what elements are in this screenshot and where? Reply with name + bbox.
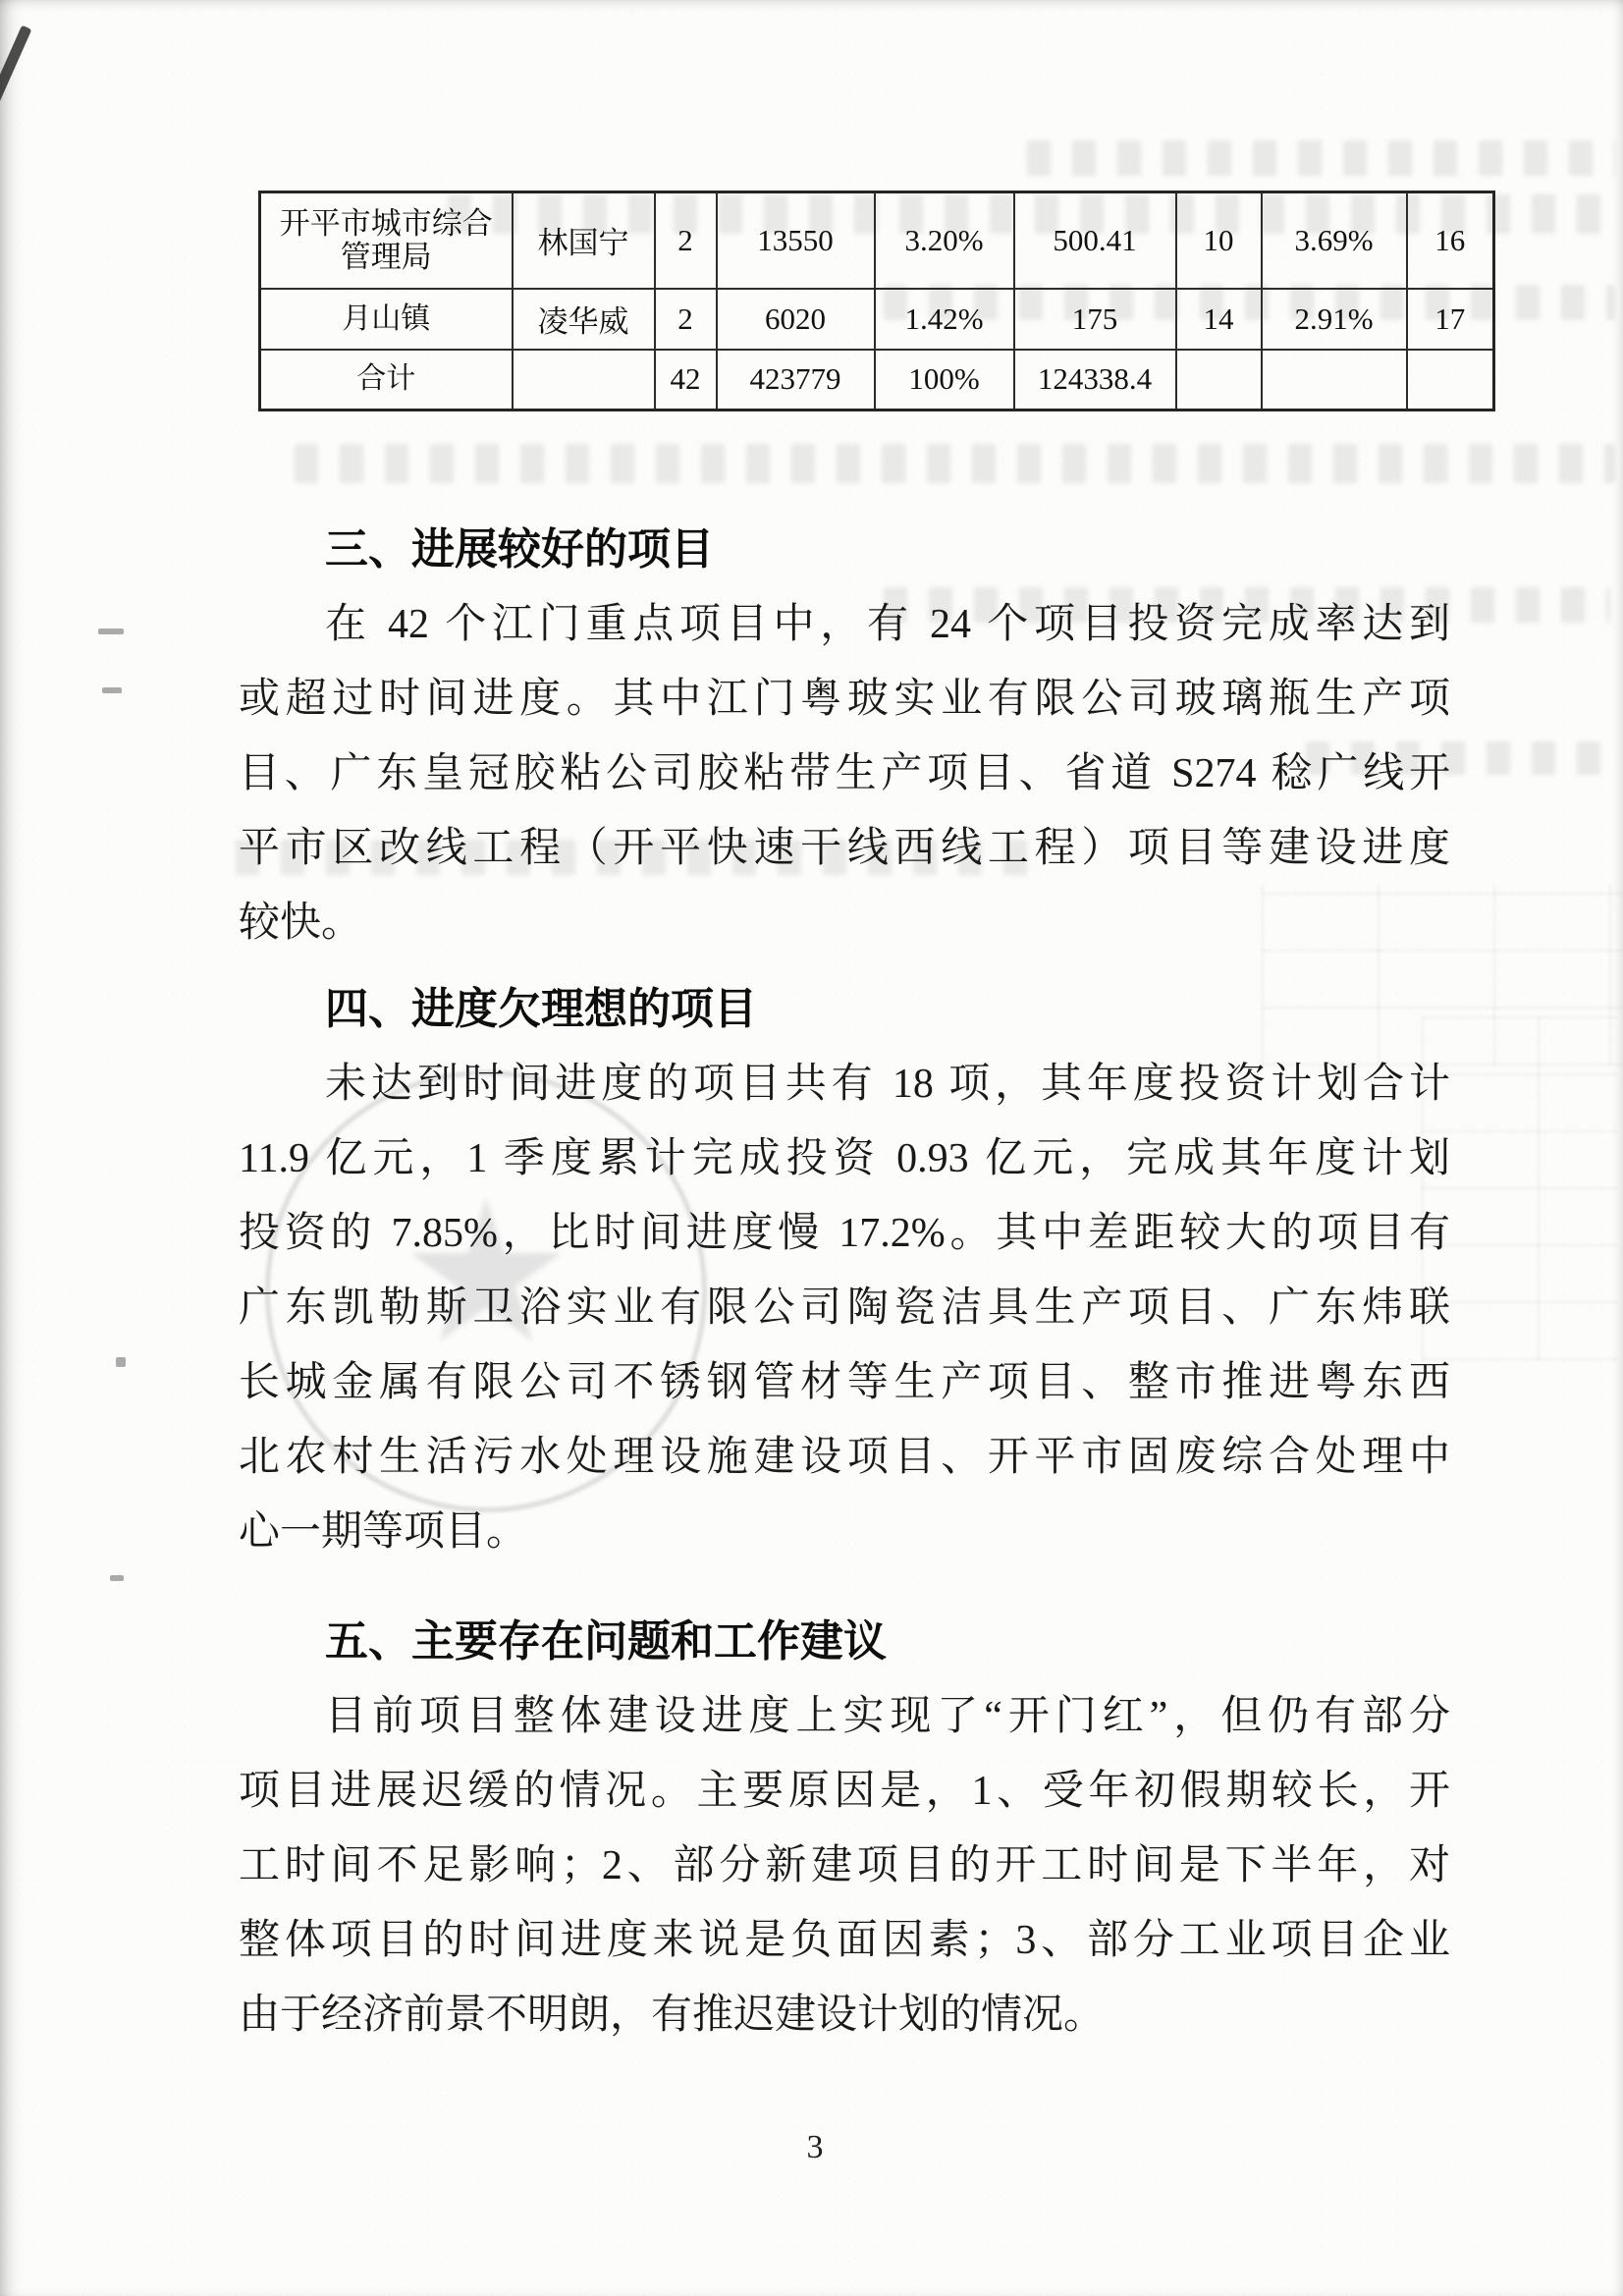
body-text-line: 投资的 7.85%，比时间进度慢 17.2%。其中差距较大的项目有 — [239, 1196, 1450, 1271]
table-cell: 6020 — [717, 289, 875, 350]
table-cell: 2 — [655, 192, 717, 289]
body-text-line: 广东凯勒斯卫浴实业有限公司陶瓷洁具生产项目、广东炜联 — [239, 1271, 1450, 1345]
table-cell: 423779 — [717, 350, 875, 410]
section-heading-three: 三、进展较好的项目 — [239, 513, 1450, 587]
table-cell: 42 — [655, 350, 717, 410]
table-cell: 1.42% — [875, 289, 1014, 350]
table-cell — [513, 350, 655, 410]
table-cell: 2 — [655, 289, 717, 350]
body-text-line: 未达到时间进度的项目共有 18 项，其年度投资计划合计 — [239, 1047, 1450, 1121]
table-cell-unit: 开平市城市综合管理局 — [260, 192, 513, 289]
body-text-line: 整体项目的时间进度来说是负面因素；3、部分工业项目企业 — [239, 1903, 1450, 1978]
table-cell: 13550 — [717, 192, 875, 289]
table-cell — [1176, 350, 1262, 410]
body-text-line: 北农村生活污水处理设施建设项目、开平市固废综合处理中 — [239, 1420, 1450, 1495]
table-cell — [1262, 350, 1407, 410]
table-cell: 124338.4 — [1014, 350, 1176, 410]
body-text-line: 由于经济前景不明朗，有推迟建设计划的情况。 — [239, 1978, 1450, 2052]
body-text-line: 较快。 — [239, 886, 1450, 960]
body-text-line: 或超过时间进度。其中江门粤玻实业有限公司玻璃瓶生产项 — [239, 662, 1450, 737]
table-cell: 3.20% — [875, 192, 1014, 289]
table-cell: 10 — [1176, 192, 1262, 289]
table-cell-unit: 月山镇 — [260, 289, 513, 350]
bleedthrough-artifact — [295, 444, 1615, 483]
body-text-line: 在 42 个江门重点项目中，有 24 个项目投资完成率达到 — [239, 587, 1450, 662]
body-text-line: 长城金属有限公司不锈钢管材等生产项目、整市推进粤东西 — [239, 1345, 1450, 1420]
table-cell: 17 — [1407, 289, 1494, 350]
table-cell: 175 — [1014, 289, 1176, 350]
page-number: 3 — [746, 2129, 884, 2166]
body-text-line: 项目进展迟缓的情况。主要原因是，1、受年初假期较长，开 — [239, 1754, 1450, 1829]
table-cell-person: 凌华威 — [513, 289, 655, 350]
table-cell: 14 — [1176, 289, 1262, 350]
body-text-line: 目、广东皇冠胶粘公司胶粘带生产项目、省道 S274 稔广线开 — [239, 737, 1450, 811]
bleedthrough-table-grid — [1422, 1016, 1618, 1360]
body-text-line: 心一期等项目。 — [239, 1495, 1450, 1569]
bleedthrough-artifact — [1027, 140, 1616, 176]
scan-speck — [98, 629, 124, 634]
section-heading-four: 四、进度欠理想的项目 — [239, 972, 1450, 1047]
body-text-line: 工时间不足影响；2、部分新建项目的开工时间是下半年，对 — [239, 1829, 1450, 1903]
section-heading-five: 五、主要存在问题和工作建议 — [239, 1605, 1450, 1679]
table-cell-total-label: 合计 — [260, 350, 513, 410]
table-cell: 2.91% — [1262, 289, 1407, 350]
scan-speck — [110, 1575, 124, 1581]
project-progress-table: 开平市城市综合管理局 林国宁 2 13550 3.20% 500.41 10 3… — [258, 191, 1495, 411]
scan-speck — [102, 687, 122, 693]
table-cell: 3.69% — [1262, 192, 1407, 289]
table-row: 开平市城市综合管理局 林国宁 2 13550 3.20% 500.41 10 3… — [260, 192, 1494, 289]
scan-speck — [116, 1357, 126, 1367]
table-cell: 16 — [1407, 192, 1494, 289]
table-row: 月山镇 凌华威 2 6020 1.42% 175 14 2.91% 17 — [260, 289, 1494, 350]
scan-corner-mark — [0, 26, 31, 109]
table-cell — [1407, 350, 1494, 410]
body-text-line: 平市区改线工程（开平快速干线西线工程）项目等建设进度 — [239, 811, 1450, 886]
document-body: 三、进展较好的项目 在 42 个江门重点项目中，有 24 个项目投资完成率达到 … — [239, 513, 1450, 2052]
table-row-total: 合计 42 423779 100% 124338.4 — [260, 350, 1494, 410]
scanned-document-page: ★ 开平市城市综合管理局 林国宁 2 13550 3.20% 500.41 10… — [0, 0, 1623, 2296]
table-cell-person: 林国宁 — [513, 192, 655, 289]
body-text-line: 11.9 亿元，1 季度累计完成投资 0.93 亿元，完成其年度计划 — [239, 1121, 1450, 1196]
body-text-line: 目前项目整体建设进度上实现了“开门红”，但仍有部分 — [239, 1679, 1450, 1754]
table-cell: 100% — [875, 350, 1014, 410]
table-cell: 500.41 — [1014, 192, 1176, 289]
